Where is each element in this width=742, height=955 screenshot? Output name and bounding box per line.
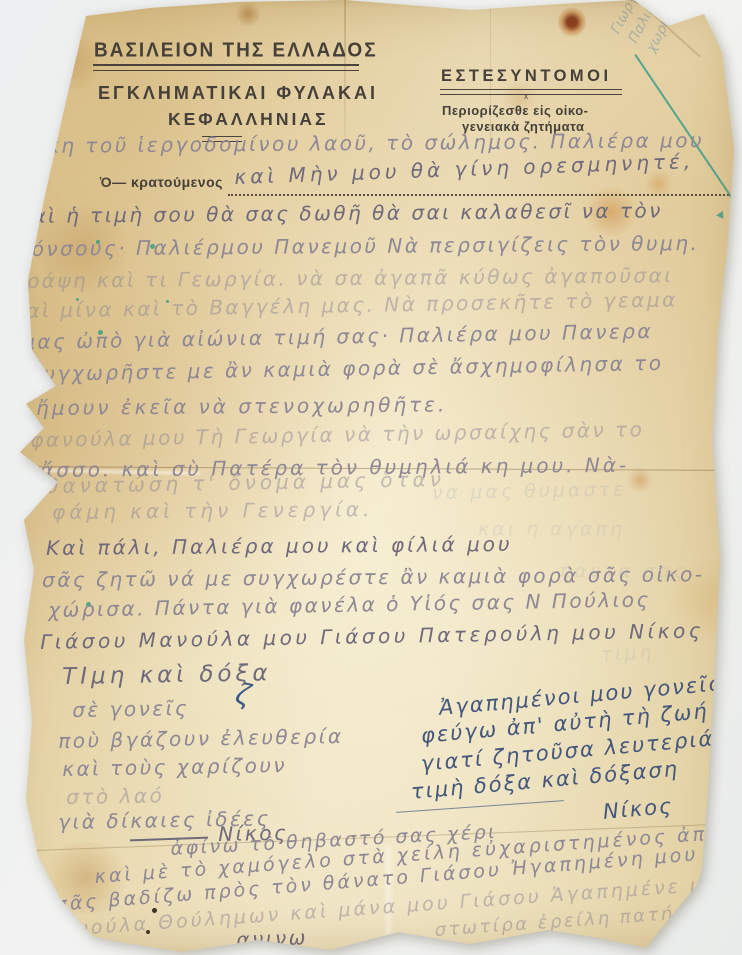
handwriting-line: ἤμουν ἐκεῖα νὰ στενοχωρηθῆτε. (36, 392, 447, 420)
handwriting-line: καὶ τοὺς χαρίζουν (62, 753, 287, 781)
letterhead-kingdom: ΒΑΣΙΛΕΙΟΝ ΤΗΣ ΕΛΛΑΔΟΣ (94, 39, 378, 62)
vertical-crease (344, 0, 346, 148)
notice-line-1: Περιορίζεσθε εἰς οἰκο- (442, 103, 588, 118)
letterhead-rule (93, 64, 359, 71)
letterhead-kefallinia: ΚΕΦΑΛΛΗΝΙΑΣ (168, 109, 328, 130)
handwriting-line: ποὺ βγάζουν ἐλευθερία (58, 724, 344, 753)
handwriting-line: φανούλα μου Τὴ Γεωργία νὰ τὴν ωρσαίχης σ… (30, 417, 645, 452)
handwriting-line: φάμη καὶ τὴν Γενεργία. (52, 497, 373, 524)
teal-arrowhead (716, 211, 727, 221)
stain (236, 0, 260, 28)
handwriting-line: στὸ λαό (66, 783, 164, 809)
notice-rule (440, 89, 622, 95)
handwriting-line: χώρισα. Πάντα γιὰ φανέλα ὁ Υἱός σας Ν Πο… (48, 587, 651, 622)
handwriting-line: Πόνσους· Παλιέρμου Πανεμοῦ Νὰ περσιγίζει… (14, 231, 699, 261)
green-speck (30, 390, 33, 393)
ink-signature-nikos: Νίκος (602, 794, 674, 824)
handwriting-line: καὶ ἡ τιμὴ σου θὰ σας δωθῆ θὰ σαι καλαθε… (18, 198, 663, 228)
handwriting-line: καὶ μίνα καὶ τὸ Βαγγέλη μας. Νὰ προσεκῆτ… (12, 287, 678, 323)
bottom-signature: ανινω (228, 925, 316, 954)
letterhead-prisons: ΕΓΚΛΗΜΑΤΙΚΑΙ ΦΥΛΑΚΑΙ (98, 83, 378, 104)
bleedthrough-text: να μας θυμαστε (432, 479, 626, 504)
red-ink-stain (558, 6, 586, 38)
notice-title: ΕΣΤΕΣΥΝΤΟΜΟΙ (441, 67, 612, 86)
handwriting-line: Καὶ πάλι, Παλιέρα μου καὶ φίλιά μου (46, 532, 513, 560)
stain (626, 468, 654, 492)
scanned-letter: ΒΑΣΙΛΕΙΟΝ ΤΗΣ ΕΛΛΑΔΟΣ ΕΓΚΛΗΜΑΤΙΚΑΙ ΦΥΛΑΚ… (0, 0, 742, 955)
handwriting-line: συγχωρῆστε με ἂν καμιὰ φορὰ σὲ ἄσχημοφίλ… (28, 351, 664, 386)
letter-paper: ΒΑΣΙΛΕΙΟΝ ΤΗΣ ΕΛΛΑΔΟΣ ΕΓΚΛΗΜΑΤΙΚΑΙ ΦΥΛΑΚ… (0, 0, 742, 955)
stain (46, 26, 98, 98)
bleedthrough-text: τιμη (600, 641, 655, 666)
handwriting-line: σὲ γονεῖς (72, 696, 189, 722)
prisoner-label: Ὁ— κρατούμενος (100, 174, 223, 190)
corner-scribble: Γιωργα Παλιεμ χωρια (606, 0, 683, 56)
handwriting-line: μας ὠπὸ γιὰ αἰώνια τιμή σας· Παλιέρα μου… (22, 319, 653, 354)
notice-x-mark: x (524, 92, 528, 101)
